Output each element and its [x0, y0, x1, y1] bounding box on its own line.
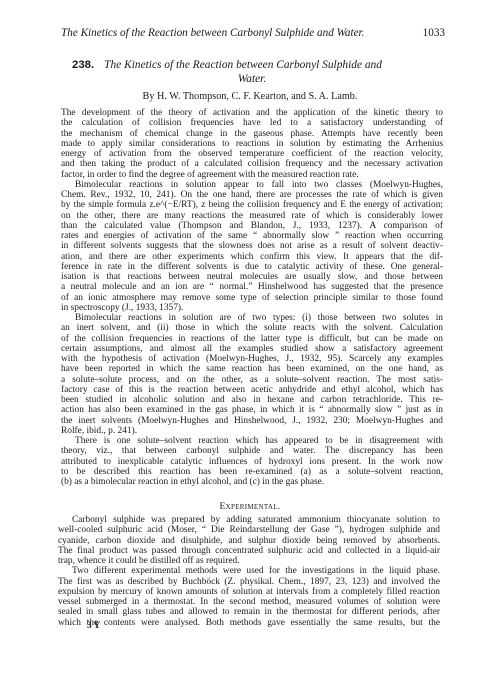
text-line: made to apply similar considerations to … [61, 139, 443, 149]
text-line: Rolfe, ibid., p. 241). [61, 426, 443, 436]
text-line: sealed in small glass tubes and allowed … [58, 607, 440, 617]
text-line: ference in rate in the different solvent… [61, 262, 443, 272]
page-number: 1033 [423, 27, 445, 39]
signature-mark: 3 Y [87, 621, 100, 631]
text-line: of an ionic atmosphere may remove some t… [61, 293, 443, 303]
text-line: theory, viz., that between carbonyl sulp… [61, 446, 443, 456]
text-line: Two different experimental methods were … [58, 566, 440, 576]
text-line: in different solvents suggests that the … [61, 241, 443, 251]
text-line: ation, and there are other experiments w… [61, 252, 443, 262]
text-line: trap, whence it could be distilled off a… [58, 556, 440, 566]
text-line: the calculation of collision frequencies… [61, 118, 443, 128]
text-line: the mechanism of chemical change in the … [61, 129, 443, 139]
text-line: been studied in alcoholic solution and a… [61, 395, 443, 405]
text-line: of the collision frequencies in reaction… [61, 334, 443, 344]
article-title: 238.The Kinetics of the Reaction between… [72, 58, 432, 86]
text-line: Bimolecular reactions in solution are of… [61, 313, 443, 323]
text-line: energy of activation from the observed t… [61, 149, 443, 159]
text-line: a solute–solute process, and on the othe… [61, 375, 443, 385]
text-line: have been reported in which the same rea… [61, 364, 443, 374]
text-line: (b) as a bimolecular reaction in ethyl a… [61, 477, 443, 487]
article-number: 238. [72, 59, 94, 71]
text-line: which the contents were analysed. Both m… [58, 618, 440, 628]
text-line: than the calculated value (Thompson and … [61, 221, 443, 231]
section-heading-experimental: Experimental. [0, 501, 500, 512]
text-line: an inert solvent, and (ii) those in whic… [61, 323, 443, 333]
text-line: isation is that reactions between neutra… [61, 272, 443, 282]
text-line: attributed to inexplicable catalytic inf… [61, 457, 443, 467]
text-line: action has also been examined in the gas… [61, 405, 443, 415]
text-line: certain assumptions, and almost all the … [61, 344, 443, 354]
text-line: to be described this reaction has been r… [61, 467, 443, 477]
text-line: The final product was passed through con… [58, 546, 440, 556]
text-line: factor, in order to find the degree of a… [61, 170, 443, 180]
experimental-text: Carbonyl sulphide was prepared by adding… [58, 515, 440, 628]
text-line: well-cooled sulphuric acid (Moser, “ Die… [58, 525, 440, 535]
text-line: and then taking the product of a calcula… [61, 159, 443, 169]
text-line: Carbonyl sulphide was prepared by adding… [58, 515, 440, 525]
text-line: factory case of this is the reaction bet… [61, 385, 443, 395]
text-line: on the other, there are many reactions t… [61, 211, 443, 221]
text-line: There is one solute–solvent reaction whi… [61, 436, 443, 446]
text-line: rates and energies of activation of the … [61, 231, 443, 241]
text-line: expulsion by mercury of known amounts of… [58, 587, 440, 597]
text-line: the inert solvents (Moelwyn-Hughes and H… [61, 416, 443, 426]
text-line: Bimolecular reactions in solution appear… [61, 180, 443, 190]
text-line: a neutral molecule and an ion are “ norm… [61, 282, 443, 292]
title-line-1: The Kinetics of the Reaction between Car… [104, 59, 382, 71]
introduction-text: The development of the theory of activat… [61, 108, 443, 487]
author-byline: By H. W. Thompson, C. F. Kearton, and S.… [0, 91, 500, 102]
text-line: The first was as described by Buchböck (… [58, 577, 440, 587]
text-line: by the simple formula z.e^(−E/RT), z bei… [61, 200, 443, 210]
running-head-title: The Kinetics of the Reaction between Car… [61, 27, 364, 39]
text-line: Chem. Rev., 1932, 10, 241). On the one h… [61, 190, 443, 200]
running-head: The Kinetics of the Reaction between Car… [61, 27, 445, 39]
text-line: vessel submerged in a thermostat. In the… [58, 597, 440, 607]
text-line: in spectroscopy (J., 1933, 1357). [61, 303, 443, 313]
text-line: cyanide, carbon dioxide and disulphide, … [58, 536, 440, 546]
title-line-2: Water. [72, 72, 432, 86]
text-line: The development of the theory of activat… [61, 108, 443, 118]
text-line: with the hypothesis of activation (Moelw… [61, 354, 443, 364]
